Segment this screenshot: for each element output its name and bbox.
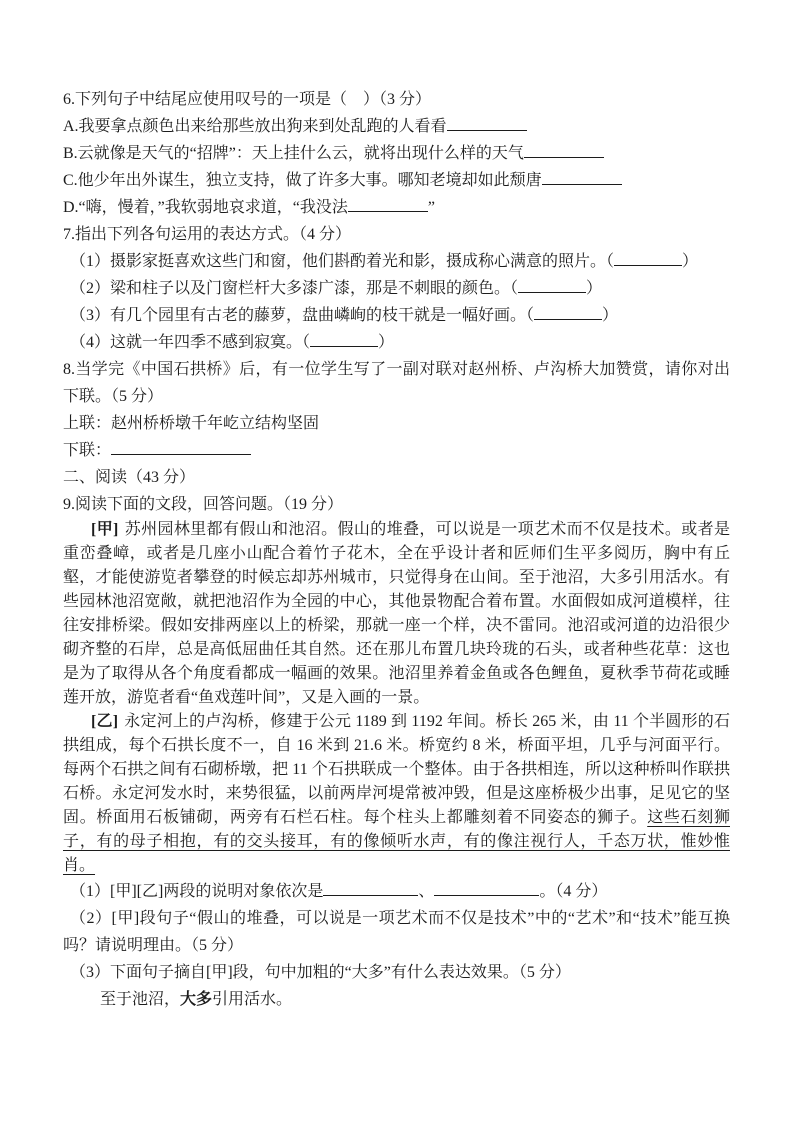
answer-blank [323, 880, 418, 896]
question-6-option-b: B.云就像是天气的“招牌”：天上挂什么云，就将出现什么样的天气 [63, 140, 730, 167]
option-a-text: A.我要拿点颜色出来给那些放出狗来到处乱跑的人看看 [63, 118, 447, 135]
sub1-close: 。（4 分） [539, 883, 607, 900]
quoted-sentence: 至于池沼，大多引用活水。 [63, 986, 730, 1013]
answer-blank [524, 142, 604, 158]
item-close: ） [682, 253, 698, 270]
section-reading-header: 二、阅读（43 分） [63, 464, 730, 491]
item-text: （4）这就一年四季不感到寂寞。（ [70, 334, 310, 351]
question-9-sub-3: （3）下面句子摘自[甲]段，句中加粗的“大多”有什么表达效果。（5 分） [63, 959, 730, 986]
quote-post: 引用活水。 [212, 991, 292, 1008]
question-7-item-1: （1）摄影家挺喜欢这些门和窗，他们斟酌着光和影，摄成称心满意的照片。（） [63, 248, 730, 275]
item-text: （3）有几个园里有古老的藤萝，盘曲嶙峋的枝干就是一幅好画。（ [70, 307, 534, 324]
answer-blank [348, 196, 428, 212]
passage-yi: [乙]永定河上的卢沟桥，修建于公元 1189 到 1192 年间。桥长 265 … [63, 710, 730, 878]
item-text: （2）梁和柱子以及门窗栏杆大多漆广漆，那是不刺眼的颜色。（ [70, 280, 518, 297]
question-6-option-c: C.他少年出外谋生，独立支持，做了许多大事。哪知老境却如此颓唐 [63, 167, 730, 194]
item-close: ） [378, 334, 394, 351]
answer-blank [434, 880, 539, 896]
question-9-header: 9.阅读下面的文段，回答问题。（19 分） [63, 491, 730, 518]
question-7-item-3: （3）有几个园里有古老的藤萝，盘曲嶙峋的枝干就是一幅好画。（） [63, 302, 730, 329]
question-6-header: 6.下列句子中结尾应使用叹号的一项是（ ）（3 分） [63, 86, 730, 113]
answer-blank [447, 115, 527, 131]
question-6-option-a: A.我要拿点颜色出来给那些放出狗来到处乱跑的人看看 [63, 113, 730, 140]
item-close: ） [586, 280, 602, 297]
option-c-text: C.他少年出外谋生，独立支持，做了许多大事。哪知老境却如此颓唐 [63, 172, 542, 189]
answer-blank [542, 169, 622, 185]
passage-jia-label: [甲] [91, 521, 118, 538]
question-7-item-2: （2）梁和柱子以及门窗栏杆大多漆广漆，那是不刺眼的颜色。（） [63, 275, 730, 302]
quote-bold-word: 大多 [180, 991, 212, 1008]
sub1-separator: 、 [418, 883, 434, 900]
passage-jia-text: 苏州园林里都有假山和池沼。假山的堆叠，可以说是一项艺术而不仅是技术。或者是重峦叠… [63, 521, 730, 706]
question-7-header: 7.指出下列各句运用的表达方式。（4 分） [63, 221, 730, 248]
passage-yi-text: 永定河上的卢沟桥，修建于公元 1189 到 1192 年间。桥长 265 米，由… [63, 713, 730, 826]
sub1-text: （1）[甲][乙]两段的说明对象依次是 [70, 883, 323, 900]
couplet-lower-label: 下联： [63, 442, 111, 459]
question-7-item-4: （4）这就一年四季不感到寂寞。（） [63, 329, 730, 356]
exam-page: 6.下列句子中结尾应使用叹号的一项是（ ）（3 分） A.我要拿点颜色出来给那些… [0, 0, 793, 1122]
option-d-suffix: ” [428, 199, 435, 216]
option-b-text: B.云就像是天气的“招牌”：天上挂什么云，就将出现什么样的天气 [63, 145, 524, 162]
answer-blank [111, 439, 251, 455]
answer-blank [614, 250, 682, 266]
answer-blank [534, 304, 602, 320]
answer-blank [518, 277, 586, 293]
question-6-option-d: D.“嗨，慢着，”我软弱地哀求道，“我没法” [63, 194, 730, 221]
option-d-text: D.“嗨，慢着，”我软弱地哀求道，“我没法 [63, 199, 348, 216]
couplet-lower-line: 下联： [63, 437, 730, 464]
question-9-sub-2: （2）[甲]段句子“假山的堆叠，可以说是一项艺术而不仅是技术”中的“艺术”和“技… [63, 905, 730, 959]
passage-jia: [甲]苏州园林里都有假山和池沼。假山的堆叠，可以说是一项艺术而不仅是技术。或者是… [63, 518, 730, 710]
item-close: ） [602, 307, 618, 324]
question-8-prompt: 8.当学完《中国石拱桥》后，有一位学生写了一副对联对赵州桥、卢沟桥大加赞赏，请你… [63, 356, 730, 410]
item-text: （1）摄影家挺喜欢这些门和窗，他们斟酌着光和影，摄成称心满意的照片。（ [70, 253, 614, 270]
question-9-sub-1: （1）[甲][乙]两段的说明对象依次是、。（4 分） [63, 878, 730, 905]
quote-pre: 至于池沼， [100, 991, 180, 1008]
couplet-upper-line: 上联：赵州桥桥墩千年屹立结构坚固 [63, 410, 730, 437]
passage-yi-label: [乙] [91, 713, 118, 730]
answer-blank [310, 331, 378, 347]
